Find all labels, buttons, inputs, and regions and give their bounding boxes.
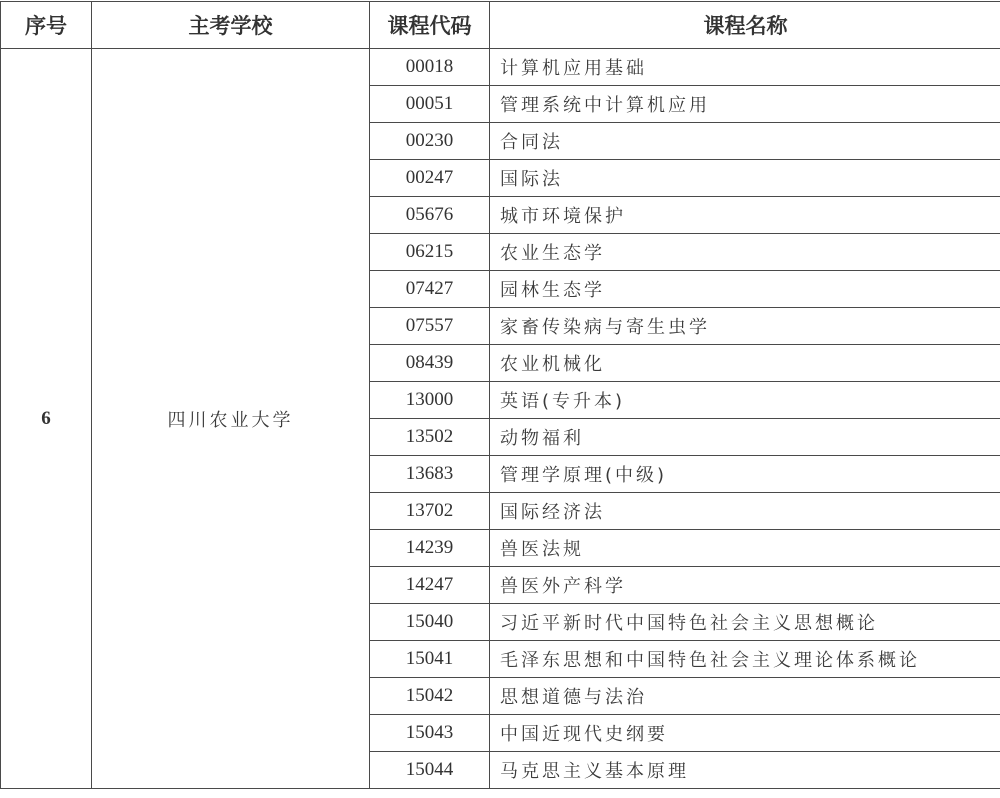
table-row: 6 四川农业大学 00018 计算机应用基础 <box>1 49 1000 86</box>
course-name: 管理学原理(中级) <box>490 456 1000 493</box>
course-code: 00018 <box>370 49 490 86</box>
course-code: 15041 <box>370 641 490 678</box>
seq-cell: 6 <box>1 49 92 789</box>
course-code: 13683 <box>370 456 490 493</box>
course-name: 中国近现代史纲要 <box>490 715 1000 752</box>
course-name: 习近平新时代中国特色社会主义思想概论 <box>490 604 1000 641</box>
school-cell: 四川农业大学 <box>92 49 370 789</box>
course-name: 国际经济法 <box>490 493 1000 530</box>
course-name: 马克思主义基本原理 <box>490 752 1000 789</box>
course-name: 管理系统中计算机应用 <box>490 86 1000 123</box>
course-code: 14247 <box>370 567 490 604</box>
course-code: 15042 <box>370 678 490 715</box>
course-name: 国际法 <box>490 160 1000 197</box>
course-code: 14239 <box>370 530 490 567</box>
course-rows: 6 四川农业大学 00018 计算机应用基础 00051 管理系统中计算机应用 … <box>1 49 1000 789</box>
course-code: 15043 <box>370 715 490 752</box>
course-name: 动物福利 <box>490 419 1000 456</box>
course-code: 00230 <box>370 123 490 160</box>
course-name: 毛泽东思想和中国特色社会主义理论体系概论 <box>490 641 1000 678</box>
course-code: 07427 <box>370 271 490 308</box>
header-school: 主考学校 <box>92 2 370 49</box>
course-code: 05676 <box>370 197 490 234</box>
course-name: 计算机应用基础 <box>490 49 1000 86</box>
course-name: 思想道德与法治 <box>490 678 1000 715</box>
course-table: 序号 主考学校 课程代码 课程名称 6 四川农业大学 00018 计算机应用基础… <box>0 1 1000 789</box>
course-name: 兽医法规 <box>490 530 1000 567</box>
course-code: 15040 <box>370 604 490 641</box>
course-name: 合同法 <box>490 123 1000 160</box>
course-name: 英语(专升本) <box>490 382 1000 419</box>
header-row: 序号 主考学校 课程代码 课程名称 <box>1 2 1000 49</box>
course-name: 城市环境保护 <box>490 197 1000 234</box>
course-name: 家畜传染病与寄生虫学 <box>490 308 1000 345</box>
course-code: 13502 <box>370 419 490 456</box>
course-code: 08439 <box>370 345 490 382</box>
course-code: 15044 <box>370 752 490 789</box>
course-name: 农业机械化 <box>490 345 1000 382</box>
course-name: 园林生态学 <box>490 271 1000 308</box>
course-code: 07557 <box>370 308 490 345</box>
course-code: 13702 <box>370 493 490 530</box>
header-name: 课程名称 <box>490 2 1000 49</box>
course-name: 兽医外产科学 <box>490 567 1000 604</box>
course-code: 00247 <box>370 160 490 197</box>
course-code: 06215 <box>370 234 490 271</box>
document-page: 序号 主考学校 课程代码 课程名称 6 四川农业大学 00018 计算机应用基础… <box>0 0 1000 798</box>
header-seq: 序号 <box>1 2 92 49</box>
course-code: 13000 <box>370 382 490 419</box>
course-name: 农业生态学 <box>490 234 1000 271</box>
header-code: 课程代码 <box>370 2 490 49</box>
course-code: 00051 <box>370 86 490 123</box>
